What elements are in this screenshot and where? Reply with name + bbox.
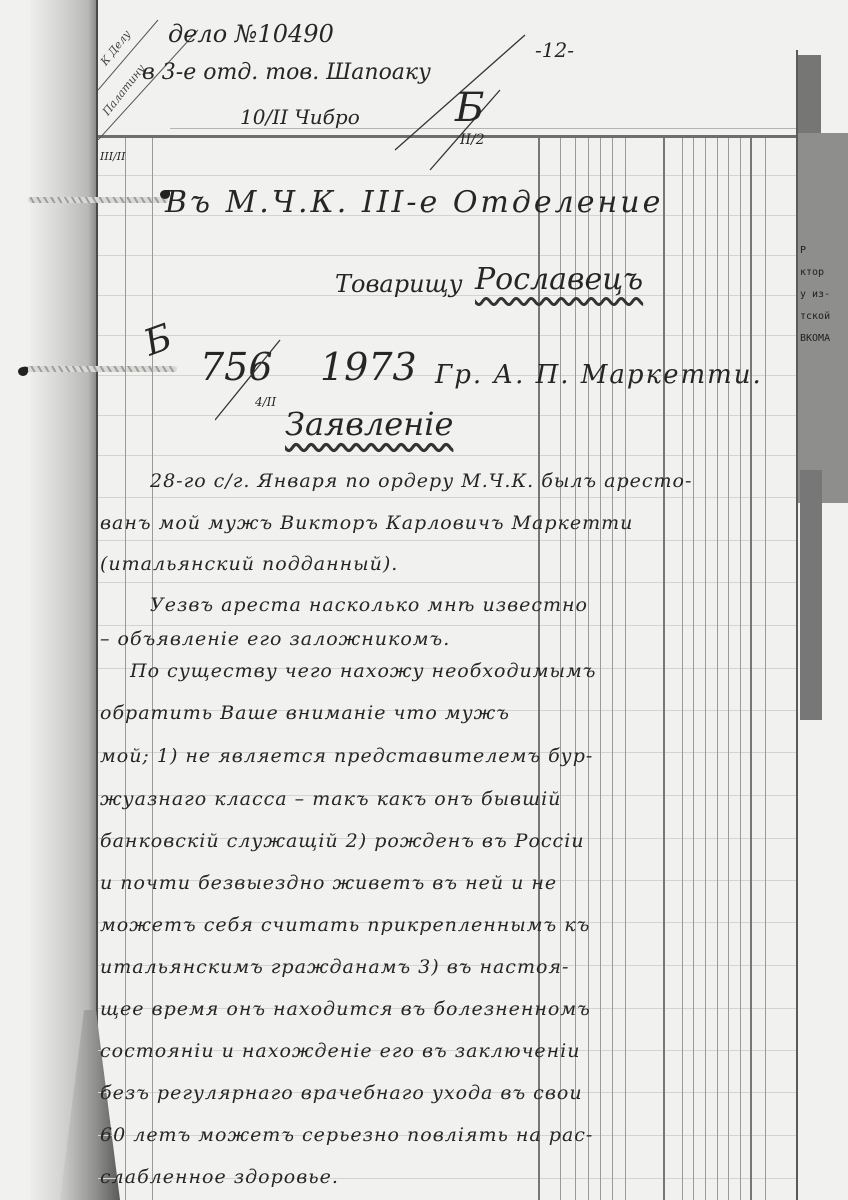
body-line: и почти безвыездно живетъ въ ней и не bbox=[100, 872, 557, 894]
body-line: (итальянский подданный). bbox=[100, 553, 398, 575]
date-note: 10/II Чибро bbox=[240, 105, 360, 129]
column-line bbox=[600, 138, 601, 1200]
stamp-line: тской bbox=[800, 306, 848, 328]
stamp-line: у из- bbox=[800, 284, 848, 306]
margin-mark: II/2 bbox=[460, 132, 485, 148]
column-line bbox=[625, 138, 626, 1200]
column-line bbox=[740, 138, 741, 1200]
addressee-prefix: Товарищу bbox=[335, 270, 463, 298]
addressee-line: Въ М.Ч.К. III-е Отделение bbox=[165, 185, 663, 220]
column-line bbox=[728, 138, 729, 1200]
cord-knot-bottom bbox=[18, 367, 28, 376]
page-number: -12- bbox=[535, 38, 574, 62]
column-line bbox=[705, 138, 706, 1200]
body-line: ванъ мой мужъ Викторъ Карловичъ Маркетти bbox=[100, 512, 633, 534]
page-right-edge bbox=[796, 50, 798, 1200]
case-number: дело №10490 bbox=[168, 20, 334, 48]
addressee-name: Роcлавецъ bbox=[475, 262, 643, 297]
margin-mark: III/II bbox=[100, 150, 125, 163]
routing-note: в 3-е отд. тов. Шапоаку bbox=[142, 60, 431, 85]
column-line bbox=[765, 138, 766, 1200]
attached-sheet-edge-lower bbox=[800, 470, 822, 720]
body-line: слабленное здоровье. bbox=[100, 1166, 339, 1188]
body-line: можетъ себя считать прикрепленнымъ къ bbox=[100, 914, 590, 936]
side-stamp-fragment: Р ктор у из- тской ВКОМА bbox=[800, 240, 848, 350]
document-title: Заявленіе bbox=[285, 405, 453, 443]
scanned-page: Р ктор у из- тской ВКОМА К Делу Палатину… bbox=[0, 0, 848, 1200]
column-line bbox=[612, 138, 613, 1200]
column-line bbox=[663, 138, 665, 1200]
body-line: – объявленіе его заложникомъ. bbox=[100, 628, 450, 650]
body-line: обратить Ваше вниманіе что мужъ bbox=[100, 702, 510, 724]
petitioner-from: Гр. А. П. Маркетти. bbox=[435, 360, 763, 390]
body-line: щее время онъ находится въ болезненномъ bbox=[100, 998, 591, 1020]
column-line bbox=[693, 138, 694, 1200]
stamp-line: ктор bbox=[800, 262, 848, 284]
stamp-line: ВКОМА bbox=[800, 328, 848, 350]
body-line: мой; 1) не является представителемъ бур- bbox=[100, 745, 593, 767]
column-line bbox=[750, 138, 752, 1200]
registry-number: 1973 bbox=[320, 345, 417, 389]
initials-mark: Б bbox=[455, 85, 484, 131]
column-line bbox=[717, 138, 718, 1200]
body-line: жуазнаго класса – такъ какъ онъ бывшій bbox=[100, 788, 561, 810]
body-line: 28-го с/г. Января по ордеру М.Ч.К. былъ … bbox=[150, 470, 692, 492]
body-line: итальянскимъ гражданамъ 3) въ настоя- bbox=[100, 956, 569, 978]
column-line bbox=[682, 138, 683, 1200]
registry-slash bbox=[215, 335, 285, 425]
body-line: безъ регулярнаго врачебнаго ухода въ сво… bbox=[100, 1082, 583, 1104]
body-line: Уезвъ ареста насколько мнѣ известно bbox=[150, 594, 588, 616]
attached-sheet-tab bbox=[796, 55, 821, 135]
body-line: 60 летъ можетъ серьезно повліять на рас- bbox=[100, 1124, 593, 1146]
body-line: состояніи и нахожденіе его въ заключеніи bbox=[100, 1040, 581, 1062]
body-line: банковскій служащій 2) рожденъ въ Россіи bbox=[100, 830, 585, 852]
stamp-line: Р bbox=[800, 240, 848, 262]
body-line: По существу чего нахожу необходимымъ bbox=[130, 660, 596, 682]
